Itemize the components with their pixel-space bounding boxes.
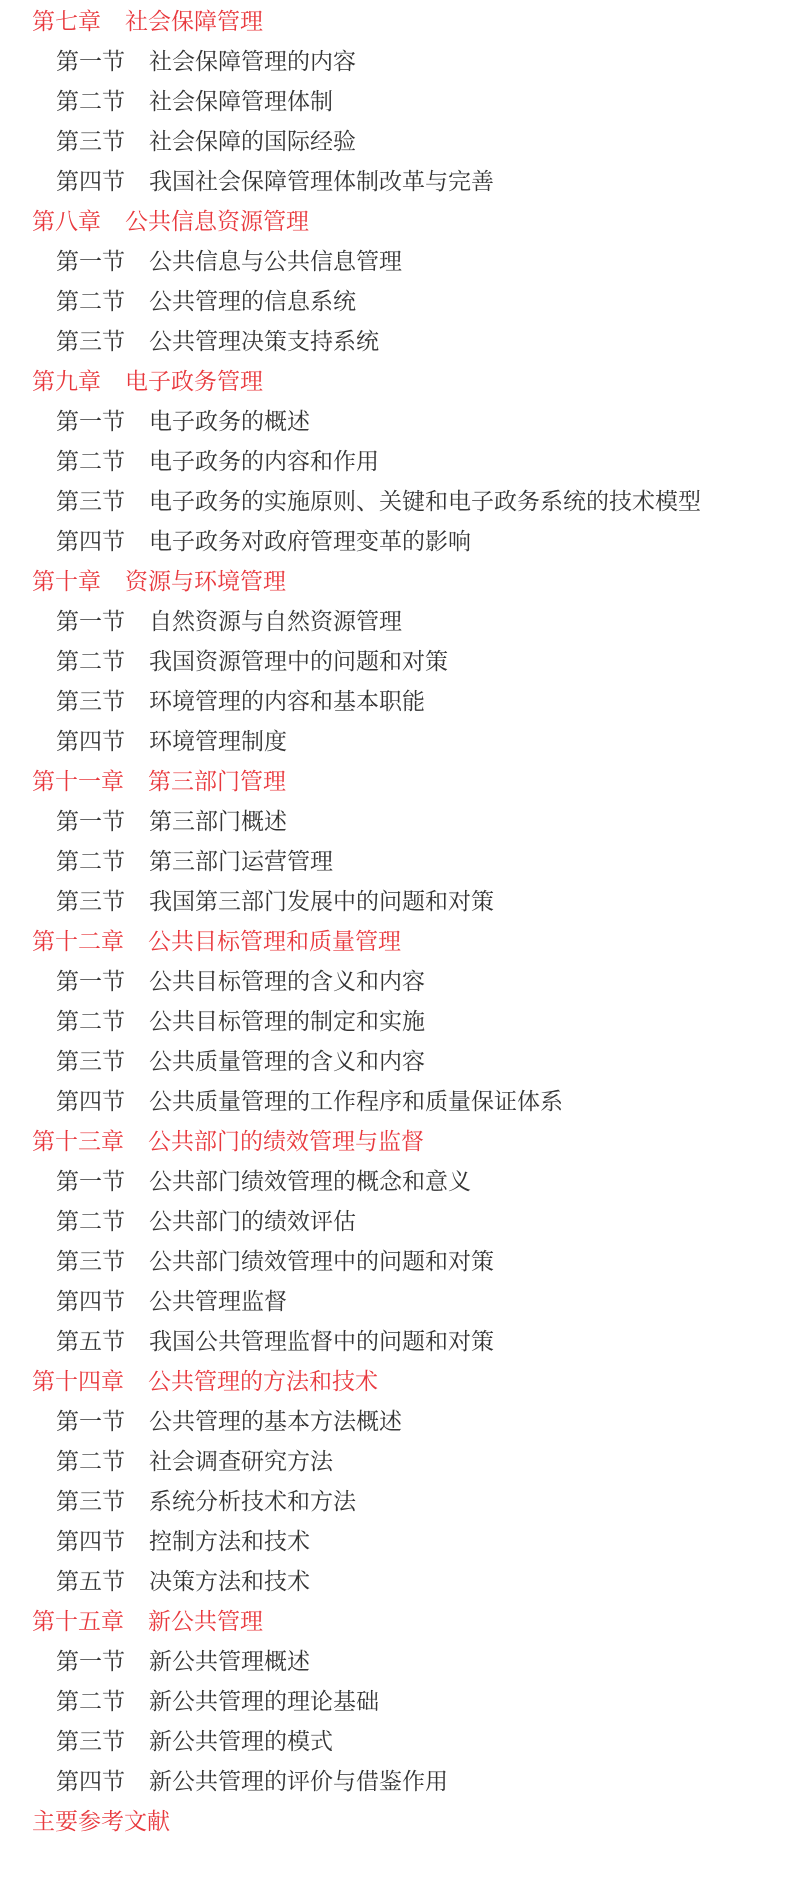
section-entry[interactable]: 第二节公共目标管理的制定和实施 [0, 1002, 790, 1042]
section-label: 第二节 [56, 82, 125, 122]
section-title: 新公共管理概述 [149, 1642, 310, 1682]
section-entry[interactable]: 第四节新公共管理的评价与借鉴作用 [0, 1762, 790, 1802]
references-label: 主要参考文献 [32, 1802, 170, 1842]
chapter-title: 新公共管理 [148, 1602, 263, 1642]
section-title: 我国公共管理监督中的问题和对策 [149, 1322, 494, 1362]
section-label: 第三节 [56, 882, 125, 922]
chapter-title: 公共信息资源管理 [125, 202, 309, 242]
section-label: 第二节 [56, 1682, 125, 1722]
chapter-entry[interactable]: 第十四章公共管理的方法和技术 [0, 1362, 790, 1402]
chapter-title: 电子政务管理 [125, 362, 263, 402]
section-entry[interactable]: 第二节电子政务的内容和作用 [0, 442, 790, 482]
section-title: 公共质量管理的含义和内容 [149, 1042, 425, 1082]
section-label: 第四节 [56, 1762, 125, 1802]
section-title: 公共目标管理的制定和实施 [149, 1002, 425, 1042]
section-title: 第三部门概述 [149, 802, 287, 842]
section-entry[interactable]: 第四节公共管理监督 [0, 1282, 790, 1322]
section-title: 社会保障管理的内容 [149, 42, 356, 82]
section-title: 电子政务的概述 [149, 402, 310, 442]
section-title: 公共质量管理的工作程序和质量保证体系 [149, 1082, 563, 1122]
section-label: 第一节 [56, 1402, 125, 1442]
section-label: 第一节 [56, 1642, 125, 1682]
section-entry[interactable]: 第五节决策方法和技术 [0, 1562, 790, 1602]
chapter-label: 第十二章 [32, 922, 124, 962]
chapter-label: 第九章 [32, 362, 101, 402]
section-title: 环境管理的内容和基本职能 [149, 682, 425, 722]
section-title: 自然资源与自然资源管理 [149, 602, 402, 642]
section-title: 我国第三部门发展中的问题和对策 [149, 882, 494, 922]
section-title: 电子政务的实施原则、关键和电子政务系统的技术模型 [149, 482, 701, 522]
chapter-label: 第十三章 [32, 1122, 124, 1162]
section-title: 公共信息与公共信息管理 [149, 242, 402, 282]
section-entry[interactable]: 第三节社会保障的国际经验 [0, 122, 790, 162]
chapter-label: 第十章 [32, 562, 101, 602]
section-entry[interactable]: 第五节我国公共管理监督中的问题和对策 [0, 1322, 790, 1362]
section-title: 新公共管理的评价与借鉴作用 [149, 1762, 448, 1802]
section-label: 第二节 [56, 282, 125, 322]
section-entry[interactable]: 第二节新公共管理的理论基础 [0, 1682, 790, 1722]
section-label: 第四节 [56, 1522, 125, 1562]
section-label: 第四节 [56, 1082, 125, 1122]
section-entry[interactable]: 第四节电子政务对政府管理变革的影响 [0, 522, 790, 562]
section-label: 第二节 [56, 842, 125, 882]
section-title: 社会调查研究方法 [149, 1442, 333, 1482]
section-label: 第二节 [56, 642, 125, 682]
section-entry[interactable]: 第三节环境管理的内容和基本职能 [0, 682, 790, 722]
chapter-entry[interactable]: 第八章公共信息资源管理 [0, 202, 790, 242]
section-title: 决策方法和技术 [149, 1562, 310, 1602]
section-title: 我国社会保障管理体制改革与完善 [149, 162, 494, 202]
section-label: 第三节 [56, 1042, 125, 1082]
section-entry[interactable]: 第三节电子政务的实施原则、关键和电子政务系统的技术模型 [0, 482, 790, 522]
section-label: 第一节 [56, 242, 125, 282]
section-entry[interactable]: 第四节环境管理制度 [0, 722, 790, 762]
section-label: 第一节 [56, 402, 125, 442]
section-label: 第二节 [56, 442, 125, 482]
section-label: 第三节 [56, 1242, 125, 1282]
section-label: 第一节 [56, 42, 125, 82]
section-title: 环境管理制度 [149, 722, 287, 762]
section-entry[interactable]: 第二节公共部门的绩效评估 [0, 1202, 790, 1242]
chapter-entry[interactable]: 第七章社会保障管理 [0, 2, 790, 42]
chapter-title: 公共管理的方法和技术 [148, 1362, 378, 1402]
chapter-entry[interactable]: 第十一章第三部门管理 [0, 762, 790, 802]
section-title: 公共目标管理的含义和内容 [149, 962, 425, 1002]
chapter-label: 第七章 [32, 2, 101, 42]
chapter-entry[interactable]: 第九章电子政务管理 [0, 362, 790, 402]
section-entry[interactable]: 第三节公共部门绩效管理中的问题和对策 [0, 1242, 790, 1282]
section-entry[interactable]: 第一节电子政务的概述 [0, 402, 790, 442]
section-label: 第五节 [56, 1562, 125, 1602]
chapter-title: 资源与环境管理 [125, 562, 286, 602]
section-entry[interactable]: 第二节公共管理的信息系统 [0, 282, 790, 322]
chapter-label: 第八章 [32, 202, 101, 242]
chapter-title: 第三部门管理 [148, 762, 286, 802]
section-title: 电子政务对政府管理变革的影响 [149, 522, 471, 562]
section-entry[interactable]: 第二节社会调查研究方法 [0, 1442, 790, 1482]
chapter-entry[interactable]: 第十三章公共部门的绩效管理与监督 [0, 1122, 790, 1162]
chapter-entry[interactable]: 第十章资源与环境管理 [0, 562, 790, 602]
references-entry[interactable]: 主要参考文献 [0, 1802, 790, 1842]
section-entry[interactable]: 第三节我国第三部门发展中的问题和对策 [0, 882, 790, 922]
section-label: 第三节 [56, 322, 125, 362]
section-entry[interactable]: 第一节自然资源与自然资源管理 [0, 602, 790, 642]
section-title: 公共管理的基本方法概述 [149, 1402, 402, 1442]
section-entry[interactable]: 第四节我国社会保障管理体制改革与完善 [0, 162, 790, 202]
section-entry[interactable]: 第三节新公共管理的模式 [0, 1722, 790, 1762]
chapter-label: 第十四章 [32, 1362, 124, 1402]
section-label: 第二节 [56, 1002, 125, 1042]
section-label: 第一节 [56, 1162, 125, 1202]
section-entry[interactable]: 第一节公共部门绩效管理的概念和意义 [0, 1162, 790, 1202]
section-label: 第三节 [56, 1722, 125, 1762]
section-entry[interactable]: 第二节第三部门运营管理 [0, 842, 790, 882]
section-entry[interactable]: 第一节公共管理的基本方法概述 [0, 1402, 790, 1442]
section-entry[interactable]: 第三节公共管理决策支持系统 [0, 322, 790, 362]
section-label: 第三节 [56, 482, 125, 522]
section-title: 公共部门的绩效评估 [149, 1202, 356, 1242]
section-title: 新公共管理的理论基础 [149, 1682, 379, 1722]
section-title: 新公共管理的模式 [149, 1722, 333, 1762]
section-label: 第一节 [56, 802, 125, 842]
section-title: 控制方法和技术 [149, 1522, 310, 1562]
section-label: 第二节 [56, 1442, 125, 1482]
section-title: 系统分析技术和方法 [149, 1482, 356, 1522]
section-entry[interactable]: 第一节公共目标管理的含义和内容 [0, 962, 790, 1002]
chapter-entry[interactable]: 第十二章公共目标管理和质量管理 [0, 922, 790, 962]
section-label: 第三节 [56, 122, 125, 162]
section-entry[interactable]: 第一节新公共管理概述 [0, 1642, 790, 1682]
section-title: 公共部门绩效管理中的问题和对策 [149, 1242, 494, 1282]
section-label: 第二节 [56, 1202, 125, 1242]
section-label: 第四节 [56, 522, 125, 562]
section-label: 第四节 [56, 722, 125, 762]
section-title: 第三部门运营管理 [149, 842, 333, 882]
section-label: 第三节 [56, 682, 125, 722]
section-title: 公共管理的信息系统 [149, 282, 356, 322]
section-entry[interactable]: 第二节我国资源管理中的问题和对策 [0, 642, 790, 682]
section-title: 公共管理决策支持系统 [149, 322, 379, 362]
section-title: 公共部门绩效管理的概念和意义 [149, 1162, 471, 1202]
chapter-title: 公共目标管理和质量管理 [148, 922, 401, 962]
section-entry[interactable]: 第三节系统分析技术和方法 [0, 1482, 790, 1522]
section-title: 社会保障管理体制 [149, 82, 333, 122]
section-entry[interactable]: 第三节公共质量管理的含义和内容 [0, 1042, 790, 1082]
section-entry[interactable]: 第二节社会保障管理体制 [0, 82, 790, 122]
section-label: 第一节 [56, 602, 125, 642]
section-title: 公共管理监督 [149, 1282, 287, 1322]
chapter-label: 第十一章 [32, 762, 124, 802]
section-title: 社会保障的国际经验 [149, 122, 356, 162]
section-label: 第一节 [56, 962, 125, 1002]
section-entry[interactable]: 第一节社会保障管理的内容 [0, 42, 790, 82]
section-label: 第五节 [56, 1322, 125, 1362]
section-title: 电子政务的内容和作用 [149, 442, 379, 482]
chapter-label: 第十五章 [32, 1602, 124, 1642]
section-entry[interactable]: 第四节公共质量管理的工作程序和质量保证体系 [0, 1082, 790, 1122]
section-title: 我国资源管理中的问题和对策 [149, 642, 448, 682]
table-of-contents: 第七章社会保障管理第一节社会保障管理的内容第二节社会保障管理体制第三节社会保障的… [0, 2, 790, 1842]
section-label: 第四节 [56, 1282, 125, 1322]
section-label: 第四节 [56, 162, 125, 202]
section-entry[interactable]: 第一节第三部门概述 [0, 802, 790, 842]
chapter-title: 社会保障管理 [125, 2, 263, 42]
chapter-title: 公共部门的绩效管理与监督 [148, 1122, 424, 1162]
section-label: 第三节 [56, 1482, 125, 1522]
section-entry[interactable]: 第一节公共信息与公共信息管理 [0, 242, 790, 282]
section-entry[interactable]: 第四节控制方法和技术 [0, 1522, 790, 1562]
chapter-entry[interactable]: 第十五章新公共管理 [0, 1602, 790, 1642]
